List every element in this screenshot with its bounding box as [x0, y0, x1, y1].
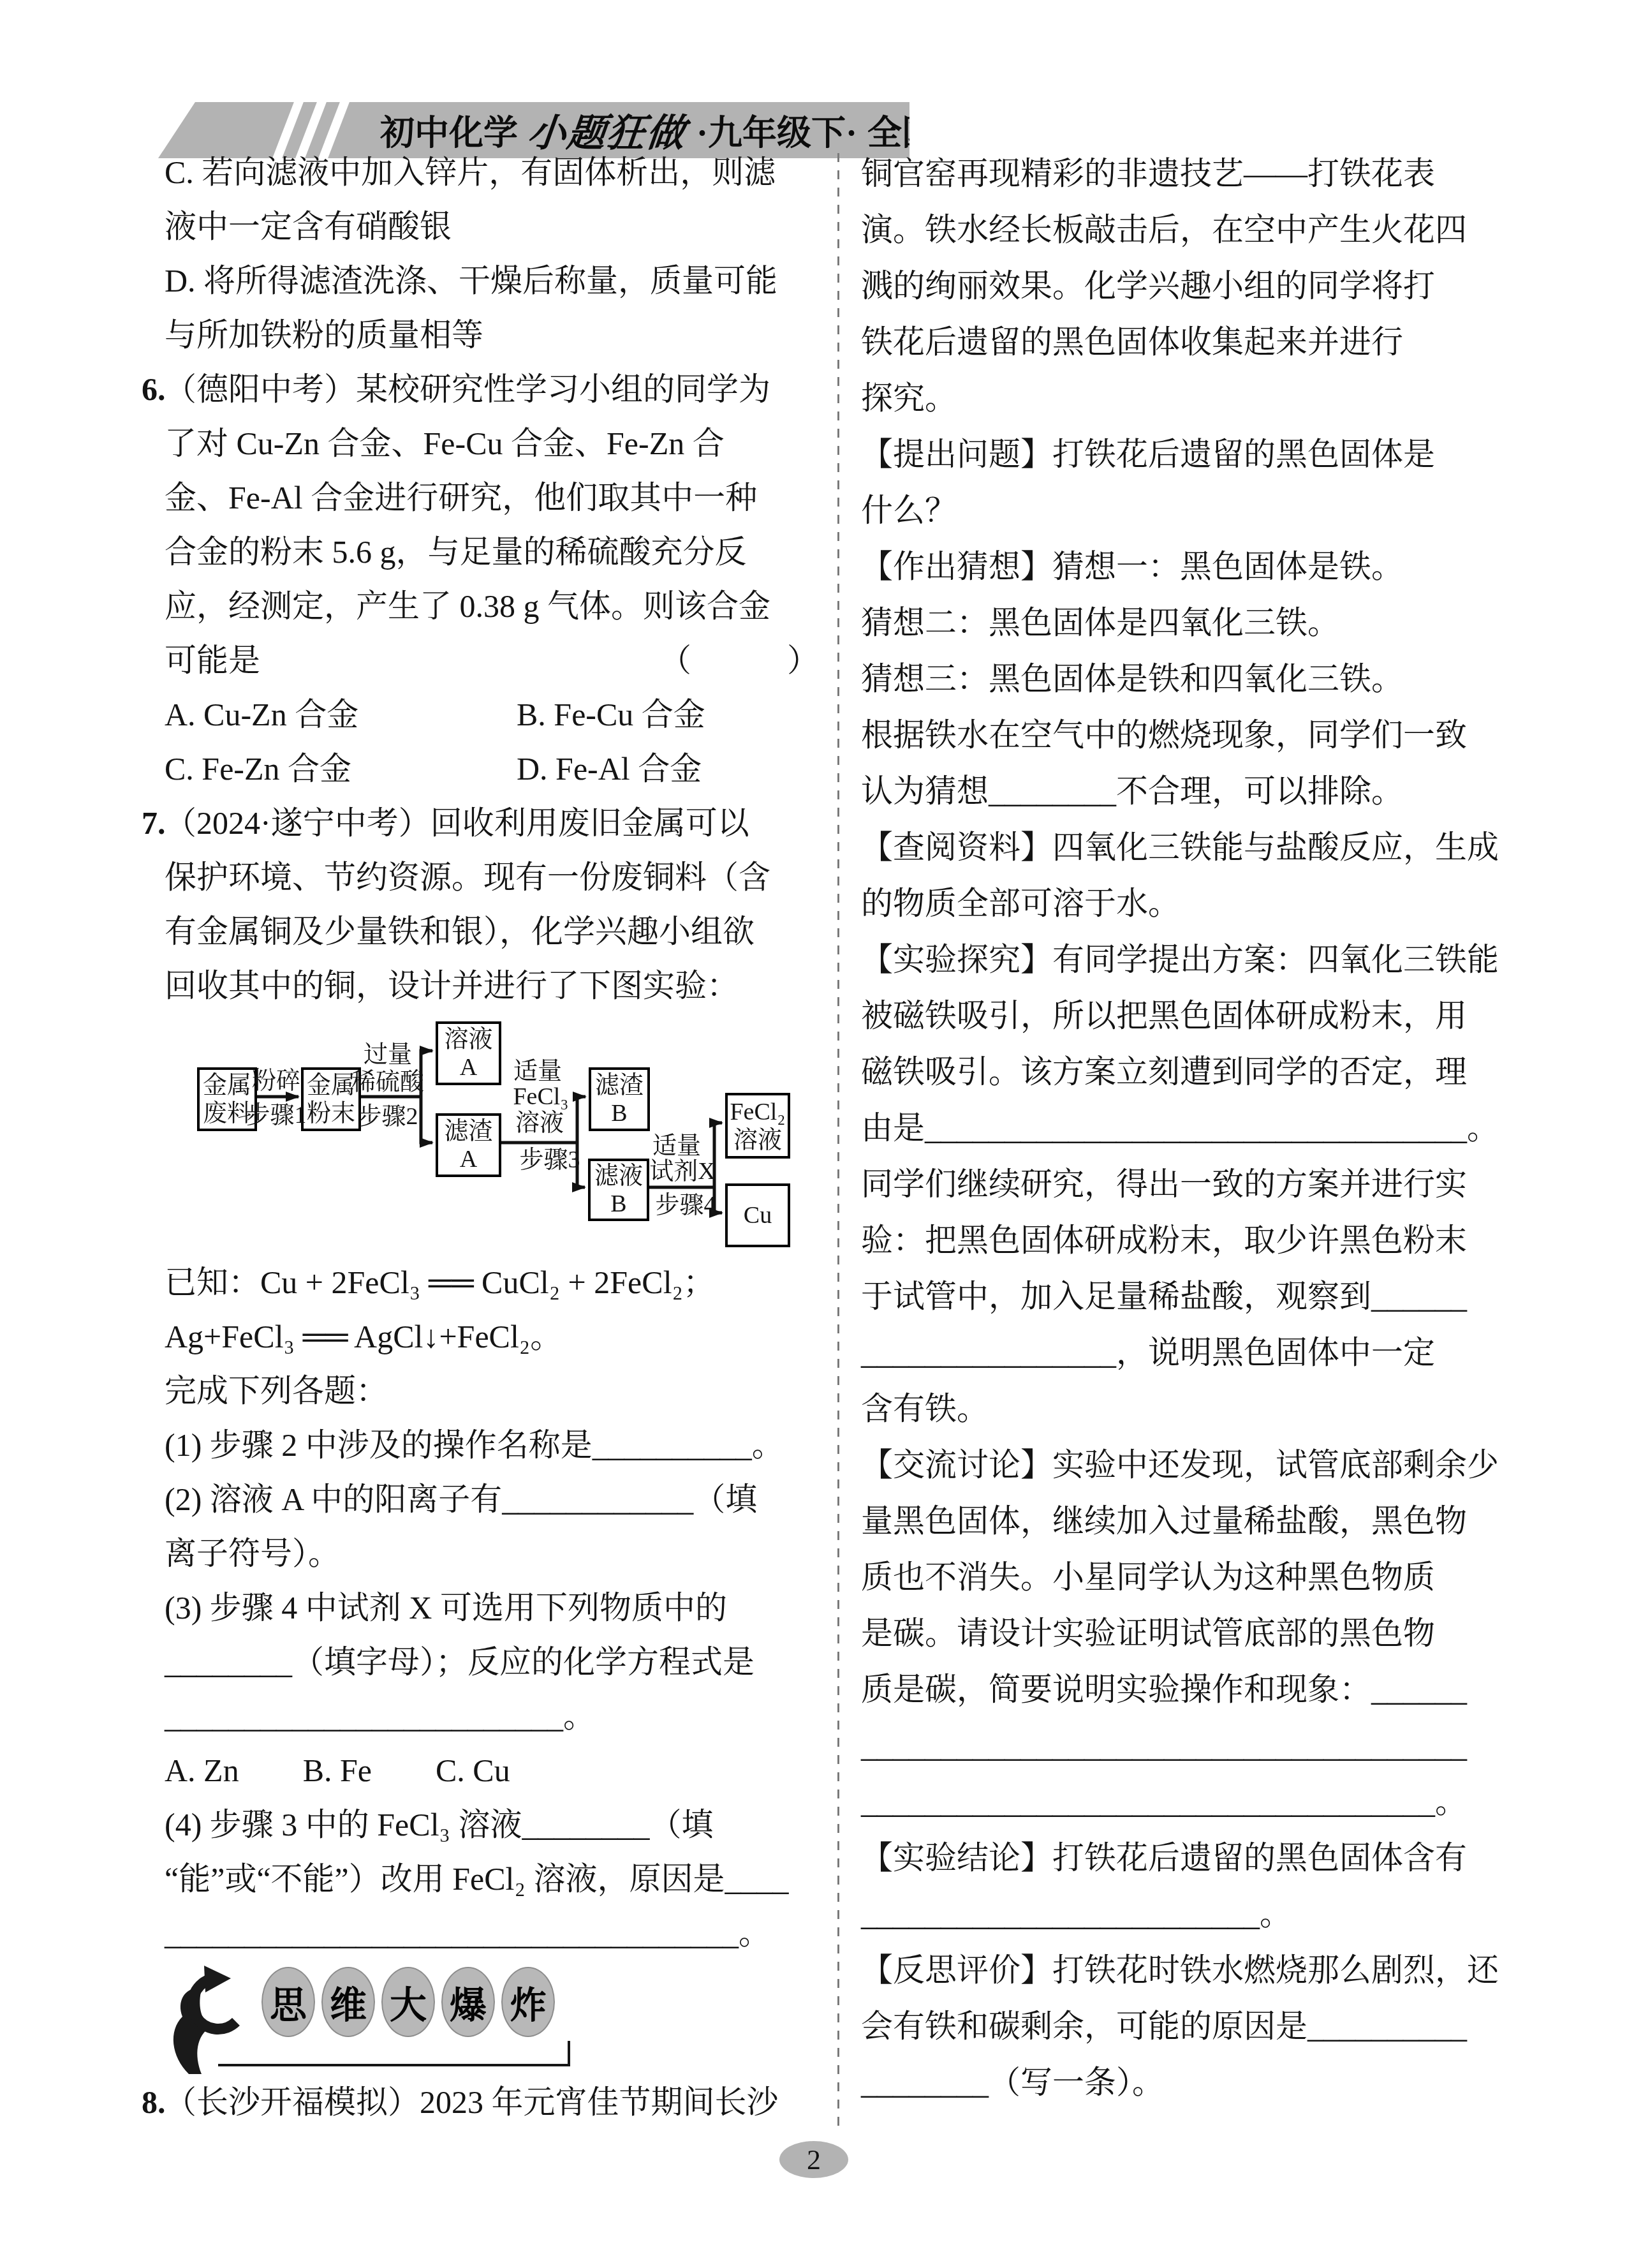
text-line: C. 若向滤液中加入锌片，有固体析出，则滤	[142, 145, 819, 200]
logo-underline	[218, 2041, 570, 2066]
options-row: A. Cu-Zn 合金 B. Fe-Cu 合金	[142, 688, 819, 742]
text-line: D. 将所得滤渣洗涤、干燥后称量，质量可能	[142, 254, 819, 308]
text-line: 猜想三：黑色固体是铁和四氧化三铁。	[861, 651, 1557, 707]
section-tag-line: 【查阅资料】四氧化三铁能与盐酸反应，生成	[861, 819, 1557, 875]
answer-blank-line: ______________________________________	[861, 1717, 1557, 1774]
text-line: 离子符号）。	[142, 1527, 819, 1581]
question-6-line: 6. （德阳中考）某校研究性学习小组的同学为	[142, 362, 819, 417]
sub-question-3: (3) 步骤 4 中试剂 X 可选用下列物质中的	[142, 1581, 819, 1635]
section-tag-line: 【实验探究】有同学提出方案：四氧化三铁能	[861, 931, 1557, 988]
text-line: 铜官窑再现精彩的非遗技艺——打铁花表	[861, 145, 1557, 202]
answer-blank-line: _________________________。	[861, 1886, 1557, 1942]
flowchart-box-cu: Cu	[725, 1183, 790, 1247]
right-column: 铜官窑再现精彩的非遗技艺——打铁花表 演。铁水经长板敲击后，在空中产生火花四 溅…	[861, 145, 1557, 2110]
text-line: 含有铁。	[861, 1381, 1557, 1437]
answer-blank-line: ________________，说明黑色固体中一定	[861, 1324, 1557, 1381]
text-line: 了对 Cu-Zn 合金、Fe-Cu 合金、Fe-Zn 合	[142, 417, 819, 471]
flowchart-label-dilute-h2so4: 稀硫酸	[351, 1069, 424, 1095]
text-line: 会有铁和碳剩余，可能的原因是__________	[861, 1998, 1557, 2054]
text-line: 应，经测定，产生了 0.38 g 气体。则该合金	[142, 579, 819, 634]
flowchart-label-step3: 步骤3	[519, 1147, 580, 1173]
section-tag-line: 【实验结论】打铁花后遗留的黑色固体含有	[861, 1830, 1557, 1886]
logo-char: 思	[261, 1967, 315, 2037]
text-line: 是碳。请设计实验证明试管底部的黑色物	[861, 1605, 1557, 1661]
text-line: 猜想二：黑色固体是四氧化三铁。	[861, 595, 1557, 651]
text-line: “能”或“不能”）改用 FeCl₂ 溶液，原因是____	[142, 1852, 819, 1906]
text-line: 有金属铜及少量铁和银），化学兴趣小组欲	[142, 905, 819, 959]
question-number: 6.	[142, 362, 166, 417]
known-equation-line: Ag+FeCl₃ ══ AgCl↓+FeCl₂。	[142, 1310, 819, 1364]
text-line: 保护环境、节约资源。现有一份废铜料（含	[142, 850, 819, 905]
flowchart-box-filtrate-b: 滤液 B	[588, 1159, 649, 1221]
text-line: （德阳中考）某校研究性学习小组的同学为	[165, 371, 770, 407]
section-tag-line: 【反思评价】打铁花时铁水燃烧那么剧烈，还	[861, 1942, 1557, 1998]
text-line: 验：把黑色固体研成粉末，取少许黑色粉末	[861, 1212, 1557, 1268]
question-7-line: 7. （2024·遂宁中考）回收利用废旧金属可以	[142, 796, 819, 850]
text-line: 什么？	[861, 482, 1557, 538]
flowchart-label-step1: 步骤1	[246, 1102, 306, 1128]
flowchart-box-fecl2-solution: FeCl₂ 溶液	[725, 1093, 790, 1159]
text-line: 演。铁水经长板敲击后，在空中产生火花四	[861, 202, 1557, 258]
text-line: 回收其中的铜，设计并进行了下图实验：	[142, 959, 819, 1013]
experiment-flowchart: 金属 废料 金属 粉末 溶液 A 滤渣 A 滤渣 B 滤液 B FeCl₂ 溶液…	[191, 1013, 794, 1256]
logo-char: 维	[321, 1967, 375, 2037]
text-line: （长沙开福模拟）2023 年元宵佳节期间长沙	[165, 2084, 779, 2120]
text-line: （2024·遂宁中考）回收利用废旧金属可以	[165, 805, 749, 841]
section-tag-line: 【作出猜想】猜想一：黑色固体是铁。	[861, 538, 1557, 595]
options-row: A. Zn B. Fe C. Cu	[142, 1744, 819, 1798]
flowchart-box-solution-a: 溶液 A	[436, 1021, 501, 1085]
page-number-badge: 2	[779, 2141, 848, 2178]
question-number: 7.	[142, 796, 166, 850]
question-8-line: 8. （长沙开福模拟）2023 年元宵佳节期间长沙	[142, 2075, 819, 2130]
answer-blank-line: ____________________________________。	[861, 1774, 1557, 1830]
answer-blank-line: 由是__________________________________。	[861, 1100, 1557, 1156]
logo-char: 大	[381, 1967, 435, 2037]
flowchart-label-excess: 过量	[364, 1042, 412, 1067]
section-tag-line: 【交流讨论】实验中还发现，试管底部剩余少	[861, 1437, 1557, 1493]
text-line: 磁铁吸引。该方案立刻遭到同学的否定，理	[861, 1044, 1557, 1100]
question-number: 8.	[142, 2075, 166, 2130]
page-number: 2	[807, 2144, 821, 2176]
brain-blast-logo: 思 维 大 爆 炸	[165, 1960, 560, 2075]
flowchart-label-proper-2: 适量	[652, 1133, 701, 1159]
answer-blank-line: 认为猜想________不合理，可以排除。	[861, 763, 1557, 819]
answer-blank-line: ____________________________________。	[142, 1906, 819, 1960]
text-line: 根据铁水在空气中的燃烧现象，同学们一致	[861, 707, 1557, 763]
text-line: 质是碳，简要说明实验操作和现象：______	[861, 1661, 1557, 1717]
known-equation-line: 已知：Cu + 2FeCl₃ ══ CuCl₂ + 2FeCl₂；	[142, 1256, 819, 1310]
text-line: ________（填字母）；反应的化学方程式是	[142, 1635, 819, 1689]
text-line: 的物质全部可溶于水。	[861, 875, 1557, 931]
text-line: 与所加铁粉的质量相等	[142, 308, 819, 362]
answer-blank-row: 可能是 （ ）	[142, 634, 819, 688]
answer-blank-line: _________________________。	[142, 1689, 819, 1744]
text-line: 量黑色固体，继续加入过量稀盐酸，黑色物	[861, 1493, 1557, 1549]
option-a: A. Cu-Zn 合金	[165, 688, 517, 742]
text-line: 可能是	[165, 634, 260, 688]
sub-question-2: (2) 溶液 A 中的阳离子有____________（填	[142, 1472, 819, 1527]
flowchart-label-crush: 粉碎	[252, 1068, 300, 1093]
flowchart-label-reagent-x: 试剂X	[649, 1159, 715, 1184]
text-line: 液中一定含有硝酸银	[142, 200, 819, 254]
sub-question-4: (4) 步骤 3 中的 FeCl₃ 溶液________（填	[142, 1798, 819, 1852]
logo-char: 爆	[441, 1967, 495, 2037]
option-c: C. Fe-Zn 合金	[165, 742, 517, 796]
flowchart-label-solution: 溶液	[515, 1110, 564, 1136]
options-row: C. Fe-Zn 合金 D. Fe-Al 合金	[142, 742, 819, 796]
text-line: 合金的粉末 5.6 g，与足量的稀硫酸充分反	[142, 525, 819, 579]
flowchart-box-residue-a: 滤渣 A	[436, 1113, 501, 1177]
answer-parentheses: （ ）	[659, 634, 819, 688]
section-tag-line: 【提出问题】打铁花后遗留的黑色固体是	[861, 426, 1557, 482]
text-line: 同学们继续研究，得出一致的方案并进行实	[861, 1156, 1557, 1212]
left-column: C. 若向滤液中加入锌片，有固体析出，则滤 液中一定含有硝酸银 D. 将所得滤渣…	[142, 145, 819, 2130]
flowchart-box-residue-b: 滤渣 B	[589, 1067, 650, 1131]
sub-question-1: (1) 步骤 2 中涉及的操作名称是__________。	[142, 1418, 819, 1472]
text-line: 完成下列各题：	[142, 1364, 819, 1418]
flowchart-label-proper: 适量	[513, 1058, 562, 1084]
flowchart-label-step4: 步骤4	[655, 1192, 716, 1218]
text-line: 被磁铁吸引，所以把黑色固体研成粉末，用	[861, 988, 1557, 1044]
column-divider	[837, 153, 839, 2126]
text-line: 金、Fe-Al 合金进行研究，他们取其中一种	[142, 471, 819, 525]
text-line: 铁花后遗留的黑色固体收集起来并进行	[861, 314, 1557, 370]
text-line: 探究。	[861, 370, 1557, 426]
option-b: B. Fe-Cu 合金	[517, 688, 705, 742]
worksheet-page: 初中化学 小题狂做 ·九年级下· 全国版 巅峰版 C. 若向滤液中加入锌片，有固…	[0, 0, 1627, 2268]
text-line: 于试管中，加入足量稀盐酸，观察到______	[861, 1268, 1557, 1324]
answer-blank-line: ________（写一条）。	[861, 2054, 1557, 2110]
text-line: 溅的绚丽效果。化学兴趣小组的同学将打	[861, 258, 1557, 314]
option-d: D. Fe-Al 合金	[517, 742, 702, 796]
flowchart-label-step2: 步骤2	[357, 1104, 418, 1129]
logo-char: 炸	[501, 1967, 555, 2037]
text-line: 质也不消失。小星同学认为这种黑色物质	[861, 1549, 1557, 1605]
flowchart-label-fecl3: FeCl₃	[513, 1084, 568, 1109]
